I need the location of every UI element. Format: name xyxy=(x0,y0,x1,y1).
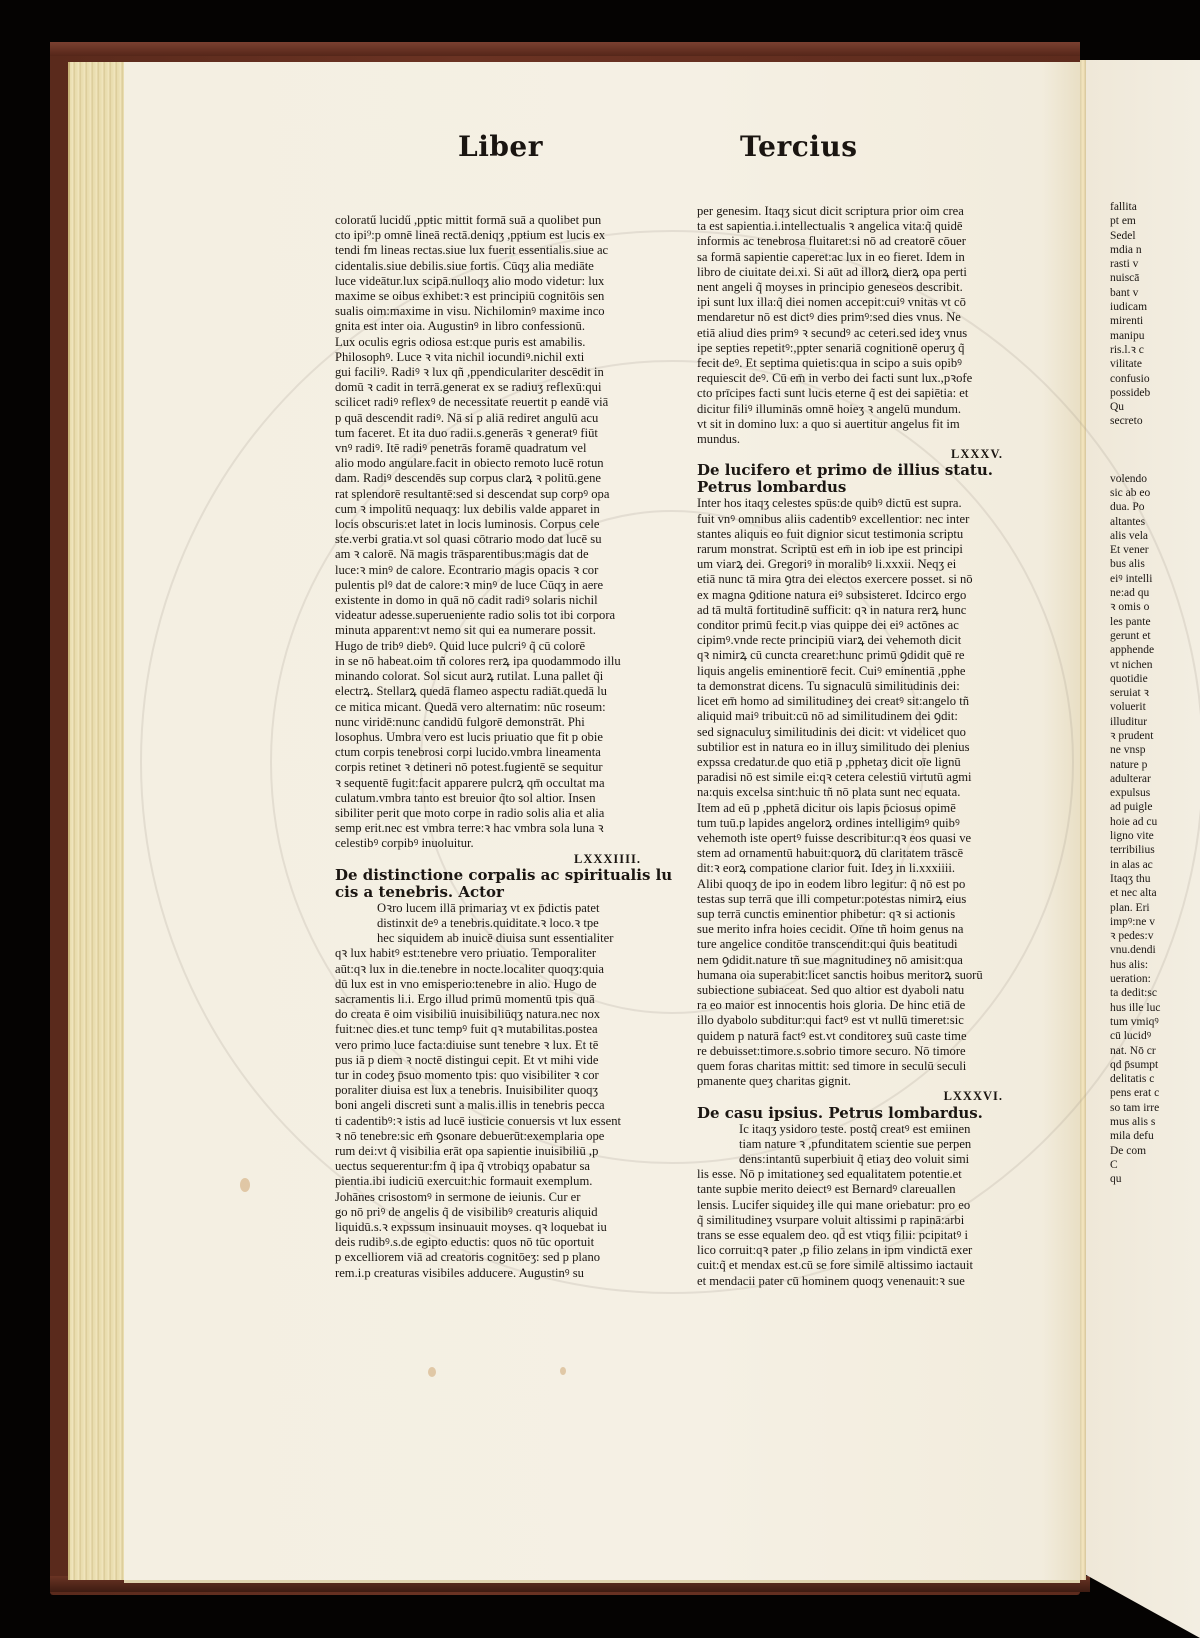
text-line: Alibi quoqʒ de ipo in eodem libro legitu… xyxy=(697,877,1015,892)
text-line: rum dei:vt q̃ visibilia erāt opa sapient… xyxy=(335,1144,653,1159)
text-line: pientia.ibi iudiciū exercuit:hic formaui… xyxy=(335,1174,653,1189)
facing-text-line: ne:ad qu xyxy=(1110,586,1200,600)
text-line: gnita est inter oia. Augustinꝰ in libro … xyxy=(335,319,653,334)
facing-text-line: Et vener xyxy=(1110,543,1200,557)
text-line: ipe septies repetitꝰ:,ppter senariā cogn… xyxy=(697,341,1015,356)
text-line: rarum monstrat. Scriptū est em̄ in iob i… xyxy=(697,542,1015,557)
facing-text-line: hus alis: xyxy=(1110,958,1200,972)
text-line: cum ꝛ impolitū nequaqʒ: lux debilis vald… xyxy=(335,502,653,517)
text-line: maxime se oibus exhibet:ꝛ est principiū … xyxy=(335,289,653,304)
text-line: ad tā multā fortitudinē sufficit: qꝛ in … xyxy=(697,603,1015,618)
facing-text-line: qu xyxy=(1110,1172,1200,1186)
text-line: nent angeli q̃ moyses in principio genes… xyxy=(697,280,1015,295)
text-line: cto prīcipes facti sunt lucis eterne q̃ … xyxy=(697,386,1015,401)
text-line: vt sit in domino lux: a quo si auertitur… xyxy=(697,417,1015,432)
text-line: Philosophꝰ. Luce ꝛ vita nichil iocundiꝰ.… xyxy=(335,350,653,365)
text-line: q̃ similitudineʒ vsurpare voluit altissi… xyxy=(697,1213,1015,1228)
chapter-number: LXXXIIII. xyxy=(335,852,653,867)
text-line: expssa credatur.de quo etiā p ,pphetaʒ d… xyxy=(697,755,1015,770)
text-line: Lux oculis egris odiosa est:que puris es… xyxy=(335,335,653,350)
text-line: tum faceret. Et ita duo radii.s.generās … xyxy=(335,426,653,441)
facing-text-line: secreto xyxy=(1110,414,1200,428)
text-line: tendi fm lineas rectas.siue lux fuerit e… xyxy=(335,243,653,258)
text-line: dicitur filiꝰ illuminās omnē hoieʒ ꝛ ang… xyxy=(697,402,1015,417)
text-line: vero primo luce facta:diuise sunt tenebr… xyxy=(335,1038,653,1053)
text-line: existente in domo in quā nō cadit radiꝰ … xyxy=(335,593,653,608)
text-line: trans se esse equalem deo. qd̄ est vtiqʒ… xyxy=(697,1228,1015,1243)
text-line: cto ipi⁹:p omnē lineā rectā.deniqʒ ,ppŧi… xyxy=(335,228,653,243)
text-line: Ic itaqʒ ysidoro teste. postq̃ creatꝰ es… xyxy=(697,1122,1015,1137)
text-line: am ꝛ calorē. Nā magis trāsparentibus:mag… xyxy=(335,547,653,562)
text-line: sa formā sapientie caperet:ac lux in eo … xyxy=(697,250,1015,265)
text-line: boni angeli discreti sunt a malis.illis … xyxy=(335,1098,653,1113)
text-line: nem ꝯdidit.nature tñ sue magnitudineʒ nō… xyxy=(697,953,1015,968)
facing-text-line: expulsus xyxy=(1110,786,1200,800)
facing-text-line: altantes xyxy=(1110,515,1200,529)
text-line: vnꝰ radiꝰ. Itē radiꝰ penetrās foramē qua… xyxy=(335,441,653,456)
text-line: Johānes crisostomꝰ in sermone de ieiunis… xyxy=(335,1190,653,1205)
text-line: p excelliorem viā ad creatoris cognitōeʒ… xyxy=(335,1250,653,1265)
text-line: cipimꝰ.vnde recte principiū viarꝝ dei ve… xyxy=(697,633,1015,648)
facing-text-line: quotidie xyxy=(1110,672,1200,686)
foxing-stain xyxy=(240,1178,250,1192)
facing-text-line: mus alis s xyxy=(1110,1115,1200,1129)
text-line: requiescit deꝰ. Cū em̄ in verbo dei fact… xyxy=(697,371,1015,386)
facing-text-line: rasti v xyxy=(1110,257,1200,271)
facing-text-line: sic ab eo xyxy=(1110,486,1200,500)
chapter-rubric: cis a tenebris. Actor xyxy=(335,884,653,901)
running-head-left: Liber xyxy=(458,130,543,163)
text-line: uectus sequerentur:fm q̃ ipa q̃ vtrobiqʒ… xyxy=(335,1159,653,1174)
book-gutter xyxy=(1080,60,1086,1580)
text-line: liquidū.s.ꝛ expssum insinuauit moyses. q… xyxy=(335,1220,653,1235)
text-line: quidem p naturā factꝰ est.vt conditoreʒ … xyxy=(697,1029,1015,1044)
facing-text-line: ꝛ prudent xyxy=(1110,729,1200,743)
text-line: cuit:q̃ et mendax est.cū se fore similē … xyxy=(697,1258,1015,1273)
text-line: aliquid maiꝰ tribuit:cū nō ad similitudi… xyxy=(697,709,1015,724)
text-line: etiā aliud dies primꝰ ꝛ secundꝰ ac ceter… xyxy=(697,326,1015,341)
text-line: mundus. xyxy=(697,432,1015,447)
text-line: tante supbie merito deiectꝰ est Bernardꝰ… xyxy=(697,1182,1015,1197)
facing-text-line: mdia n xyxy=(1110,243,1200,257)
text-line: um viarꝝ dei. Gregoriꝰ in moralibꝰ li.xx… xyxy=(697,557,1015,572)
facing-text-line: apphende xyxy=(1110,643,1200,657)
text-line: libro de ciuitate dei.xi. Si aūt ad illo… xyxy=(697,265,1015,280)
chapter-number: LXXXV. xyxy=(697,447,1015,462)
text-line: sacramentis li.i. Ergo illud primū momen… xyxy=(335,992,653,1007)
text-line: luce:ꝛ minꝰ de calore. Econtrario magis … xyxy=(335,563,653,578)
facing-text-line: fallita xyxy=(1110,200,1200,214)
text-line: rat splendorē resultantē:sed si descenda… xyxy=(335,487,653,502)
text-line: ta est sapientia.i.intellectualis ꝛ ange… xyxy=(697,219,1015,234)
text-line: paradisi nō est simile ei:qꝛ cetera cele… xyxy=(697,770,1015,785)
facing-text-line: adulterar xyxy=(1110,772,1200,786)
foxing-stain xyxy=(560,1367,566,1375)
text-line: tum tuū.p lapides angelorꝝ ordines intel… xyxy=(697,816,1015,831)
text-line: sualis oim:maxime in visu. Nichilominꝰ m… xyxy=(335,304,653,319)
text-line: aūt:qꝛ lux in die.tenebre in nocte.local… xyxy=(335,962,653,977)
text-line: deis rudibꝰ.s.de egipto eductis: quos nō… xyxy=(335,1235,653,1250)
text-line: ꝛ sequentē fugit:facit apparere pulcrꝝ q… xyxy=(335,776,653,791)
text-line: hec siquidem ab inuicē diuisa sunt essen… xyxy=(335,931,653,946)
text-line: luce videātur.lux scipā.nulloqʒ alio mod… xyxy=(335,274,653,289)
text-line: etiā nunc tā mira ꝯtra dei electos exerc… xyxy=(697,572,1015,587)
facing-text-line: mirenti xyxy=(1110,314,1200,328)
text-line: quem foras charitas mittit: sed timore i… xyxy=(697,1059,1015,1074)
text-line: poraliter diuisa est lux a tenebris. Inu… xyxy=(335,1083,653,1098)
text-line: sibiliter perit que moto corpe in radio … xyxy=(335,806,653,821)
facing-text-line: seruiat ꝛ xyxy=(1110,686,1200,700)
text-line: minando colorat. Sol sicut aurꝝ rutilat.… xyxy=(335,669,653,684)
text-line: ce mitica micant. Quedā vero alternatim:… xyxy=(335,700,653,715)
text-line: humana oia superabit:licet sanctis hoibu… xyxy=(697,968,1015,983)
text-line: Oꝛro lucem illā primariaʒ vt ex p̄dictis… xyxy=(335,901,653,916)
text-line: illo dyabolo subditur:qui factꝰ est vt n… xyxy=(697,1013,1015,1028)
text-line: vehemoth iste opertꝰ fuisse describitur:… xyxy=(697,831,1015,846)
facing-text-line: eiꝰ intelli xyxy=(1110,572,1200,586)
text-line: ctum corpis tenebrosi corpi lucido.vmbra… xyxy=(335,745,653,760)
facing-text-line: dua. Po xyxy=(1110,500,1200,514)
text-line: pus iā p diem ꝛ noctē distingui cepit. E… xyxy=(335,1053,653,1068)
text-line: sue merito infra hoies cecidit. Oīne tñ … xyxy=(697,922,1015,937)
facing-text-line: qd p̄sumpt xyxy=(1110,1058,1200,1072)
facing-text-line: les pante xyxy=(1110,615,1200,629)
facing-text-line: De com xyxy=(1110,1144,1200,1158)
foxing-stain xyxy=(428,1367,436,1377)
facing-text-line: et nec alta xyxy=(1110,886,1200,900)
text-line: ture angelice conditōe transcendit:qui q… xyxy=(697,937,1015,952)
text-line: rem.i.p creaturas visibiles adducere. Au… xyxy=(335,1266,653,1281)
facing-text-line: volendo xyxy=(1110,472,1200,486)
running-head-right: Tercius xyxy=(740,130,858,163)
facing-text-line: gerunt et xyxy=(1110,629,1200,643)
facing-text-line: nat. Nō cr xyxy=(1110,1044,1200,1058)
facing-text-line: Qu xyxy=(1110,400,1200,414)
facing-text-line: iudicam xyxy=(1110,300,1200,314)
facing-text-line: ꝛ pedes:v xyxy=(1110,929,1200,943)
text-line: fuit vnꝰ omnibus aliis cadentibꝰ excelle… xyxy=(697,512,1015,527)
text-line: lensis. Lucifer siquideʒ ille qui mane o… xyxy=(697,1198,1015,1213)
facing-text-line: pt em xyxy=(1110,214,1200,228)
chapter-rubric: Petrus lombardus xyxy=(697,479,1015,496)
text-line: testas sup terrā que illi competur:potes… xyxy=(697,892,1015,907)
text-line: tur in codeʒ p̄suo momento tpis: quo vis… xyxy=(335,1068,653,1083)
chapter-number: LXXXVI. xyxy=(697,1089,1015,1104)
text-line: per genesim. Itaqʒ sicut dicit scriptura… xyxy=(697,204,1015,219)
facing-text-line xyxy=(1110,429,1200,443)
text-line: conditor primū fecit.p vias quippe dei e… xyxy=(697,618,1015,633)
text-line: semp erit.nec est vmbra terre:ꝛ hac vmbr… xyxy=(335,821,653,836)
text-line: culatum.vmbra tanto est breuior q̃to sol… xyxy=(335,791,653,806)
text-line: alio modo angulare.facit in obiecto remo… xyxy=(335,456,653,471)
text-line: dit:ꝛ eorꝝ compatione clarior fuit. Ideʒ… xyxy=(697,861,1015,876)
text-line: ipi sunt lux illa:q̃ diei nomen accepit:… xyxy=(697,295,1015,310)
text-line: fuit:nec dies.et tunc tempꝰ fuit qꝛ muta… xyxy=(335,1022,653,1037)
chapter-rubric: De casu ipsius. Petrus lombardus. xyxy=(697,1105,1015,1122)
text-line: scilicet radiꝰ reflexꝰ de necessitate re… xyxy=(335,395,653,410)
text-line: do creata ē oim visibiliū inuisibiliūqʒ … xyxy=(335,1007,653,1022)
facing-text-line: bus alis xyxy=(1110,557,1200,571)
text-line: dens:intantū superbiuit q̃ etiaʒ deo vol… xyxy=(697,1152,1015,1167)
facing-text-line: vilitate xyxy=(1110,357,1200,371)
facing-text-line: alis vela xyxy=(1110,529,1200,543)
facing-text-line: ta dedit:sc xyxy=(1110,986,1200,1000)
text-line: celestibꝰ corpibꝰ inuoluitur. xyxy=(335,836,653,851)
facing-text-line: illuditur xyxy=(1110,715,1200,729)
text-line: distinxit deꝰ a tenebris.quiditate.ꝛ loc… xyxy=(335,916,653,931)
text-column-left: coloratű lucidű ,ppŧic mittit formā suā … xyxy=(335,213,653,1281)
text-line: Inter hos itaqʒ celestes spūs:de quibꝰ d… xyxy=(697,496,1015,511)
facing-text-line: Sedel xyxy=(1110,229,1200,243)
text-line: ra eo maior est innocentis hois gloria. … xyxy=(697,998,1015,1013)
text-line: qꝛ nimirꝝ cū cuncta crearet:hunc primū ꝯ… xyxy=(697,648,1015,663)
text-line: tiam nature ꝛ ,pfunditatem scientie sue … xyxy=(697,1137,1015,1152)
facing-text-line: cū lucidꝰ xyxy=(1110,1029,1200,1043)
facing-text-line: vnu.dendi xyxy=(1110,943,1200,957)
facing-text-line: ꝛ omis o xyxy=(1110,600,1200,614)
text-line: re debuisset:timore.s.sobrio timore secu… xyxy=(697,1044,1015,1059)
facing-text-line: in alas ac xyxy=(1110,858,1200,872)
facing-text-line xyxy=(1110,443,1200,457)
text-line: videatur adesse.superueniente radio soli… xyxy=(335,608,653,623)
text-line: pulentis plꝰ dat de calore:ꝛ minꝰ de luc… xyxy=(335,578,653,593)
text-line: et mendacii pater cū hominem quoqʒ venen… xyxy=(697,1274,1015,1289)
facing-text-line xyxy=(1110,457,1200,471)
text-line: subiectione subiaceat. Sed quo altior es… xyxy=(697,983,1015,998)
text-line: sup terrā cunctis eminentior phibetur: q… xyxy=(697,907,1015,922)
facing-text-line: terribilius xyxy=(1110,843,1200,857)
text-line: sed signaculuʒ similitudinis dei dicit: … xyxy=(697,725,1015,740)
text-line: Item ad eū p ,pphetā dicitur ois lapis p… xyxy=(697,801,1015,816)
text-column-right: per genesim. Itaqʒ sicut dicit scriptura… xyxy=(697,204,1015,1289)
text-line: dam. Radiꝰ descendēs sup corpus clarꝝ ꝛ … xyxy=(335,471,653,486)
text-line: ta demonstrat dicens. Tu signaculū simil… xyxy=(697,679,1015,694)
text-line: lico corruit:qꝛ pater ,p filio zelans in… xyxy=(697,1243,1015,1258)
text-line: pmanente queʒ charitas gignit. xyxy=(697,1074,1015,1089)
facing-text-line: bant v xyxy=(1110,286,1200,300)
facing-text-line: ueration: xyxy=(1110,972,1200,986)
text-line: electrꝝ. Stellarꝝ quedā flameo aspectu r… xyxy=(335,684,653,699)
text-line: nunc viridē:nunc candidū fulgorē demonst… xyxy=(335,715,653,730)
text-line: p quā descendit radiꝰ. Nā si p aliā redi… xyxy=(335,411,653,426)
facing-text-line: ad puigle xyxy=(1110,800,1200,814)
facing-text-line: nature p xyxy=(1110,758,1200,772)
facing-text-line: ne vnsp xyxy=(1110,743,1200,757)
facing-text-line: ligno vite xyxy=(1110,829,1200,843)
text-line: ste.verbi gratia.vt sol quasi cōtrario m… xyxy=(335,532,653,547)
text-line: informis ac tenebrosa fluitaret:si nō ad… xyxy=(697,234,1015,249)
text-line: mendaretur nō est dictꝰ dies primꝰ:sed d… xyxy=(697,310,1015,325)
text-line: liquis angelis eminentiorē fecit. Cuiꝰ e… xyxy=(697,664,1015,679)
text-line: licet em̄ homo ad similitudineʒ dei crea… xyxy=(697,694,1015,709)
text-line: corpis retinet ꝛ detineri nō potest.fugi… xyxy=(335,760,653,775)
facing-text-line: pens erat c xyxy=(1110,1086,1200,1100)
facing-page-text: fallitapt emSedelmdia nrasti vnuiscābant… xyxy=(1110,200,1200,1186)
text-line: losophus. Umbra vero est lucis priuatio … xyxy=(335,730,653,745)
text-line: qꝛ lux habitꝰ est:tenebre vero priuatio.… xyxy=(335,946,653,961)
facing-text-line: hus ille luc xyxy=(1110,1001,1200,1015)
text-line: subtilior est in natura eo in illuʒ simi… xyxy=(697,740,1015,755)
text-line: domū ꝛ cadit in terrā.generat ex se radi… xyxy=(335,380,653,395)
text-line: ti cadentibꝰ:ꝛ istis ad lucē iusticie co… xyxy=(335,1114,653,1129)
facing-text-line: ris.l.ꝛ c xyxy=(1110,343,1200,357)
facing-text-line: vt nichen xyxy=(1110,658,1200,672)
text-line: cidentalis.siue debilis.siue fortis. Cūq… xyxy=(335,259,653,274)
text-line: na:quis excelsa sint:huic tñ nō plata su… xyxy=(697,785,1015,800)
text-line: stantes aliquis eo fuit dignior sicut te… xyxy=(697,527,1015,542)
text-line: minuta apparent:vt nemo sit qui ea numer… xyxy=(335,623,653,638)
text-line: ex magna ꝯditione natura eiꝰ subsisteret… xyxy=(697,588,1015,603)
text-line: gui faciliꝰ. Radiꝰ ꝛ lux qñ ,ppendicular… xyxy=(335,365,653,380)
facing-text-line: voluerit xyxy=(1110,700,1200,714)
text-line: fecit deꝰ. Et septima quietis:qua in sci… xyxy=(697,356,1015,371)
text-line: stem ad ornamentū habuit:quorꝝ dū clarit… xyxy=(697,846,1015,861)
text-line: Hugo de tribꝰ diebꝰ. Quid luce pulcriꝰ q… xyxy=(335,639,653,654)
facing-text-line: impꝰ:ne v xyxy=(1110,915,1200,929)
facing-text-line: mila defu xyxy=(1110,1129,1200,1143)
facing-text-line: possideb xyxy=(1110,386,1200,400)
facing-text-line: delitatis c xyxy=(1110,1072,1200,1086)
text-line: ꝛ nō tenebre:sic em̄ ꝯsonare debuerūt:ex… xyxy=(335,1129,653,1144)
facing-text-line: Itaqʒ thu xyxy=(1110,872,1200,886)
text-line: lis esse. Nō p imitationeʒ sed equalitat… xyxy=(697,1167,1015,1182)
facing-text-line: nuiscā xyxy=(1110,271,1200,285)
text-line: locis obscuris:et latet in locis luminos… xyxy=(335,517,653,532)
facing-text-line: plan. Eri xyxy=(1110,901,1200,915)
chapter-rubric: De distinctione corpalis ac spiritualis … xyxy=(335,867,653,884)
facing-text-line: manipu xyxy=(1110,329,1200,343)
facing-text-line: C xyxy=(1110,1158,1200,1172)
chapter-rubric: De lucifero et primo de illius statu. xyxy=(697,462,1015,479)
cover-top-edge xyxy=(50,42,1080,56)
text-line: go nō priꝰ de angelis q̃ de visibilibꝰ c… xyxy=(335,1205,653,1220)
page-edges-stack xyxy=(68,62,130,1580)
facing-text-line: confusio xyxy=(1110,372,1200,386)
facing-text-line: so tam irre xyxy=(1110,1101,1200,1115)
facing-text-line: hoie ad cu xyxy=(1110,815,1200,829)
text-line: dū lux est in vno emisperio:tenebre in a… xyxy=(335,977,653,992)
facing-text-line: tum vmiqꝰ xyxy=(1110,1015,1200,1029)
text-line: in se nō habeat.oim tñ colores rerꝝ ipa … xyxy=(335,654,653,669)
text-line: coloratű lucidű ,ppŧic mittit formā suā … xyxy=(335,213,653,228)
